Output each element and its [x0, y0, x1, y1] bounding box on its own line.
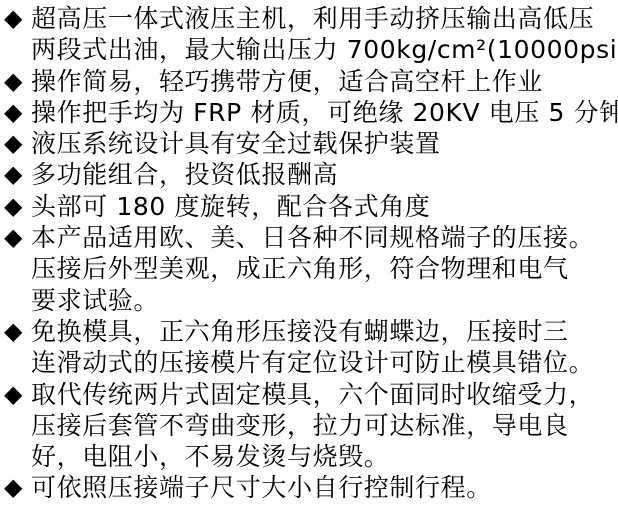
feature-item-easy-operation: ◆ 操作简易，轻巧携带方便，适合高空杆上作业 — [4, 66, 616, 97]
feature-text-line: 本产品适用欧、美、日各种不同规格端子的压接。 — [31, 222, 616, 253]
feature-text-line: 连滑动式的压接模片有定位设计可防止模具错位。 — [31, 347, 616, 378]
diamond-bullet-icon: ◆ — [4, 128, 31, 159]
feature-text-line: 操作把手均为 FRP 材质，可绝缘 20KV 电压 5 分钟 — [31, 97, 618, 128]
feature-text-line: 要求试验。 — [31, 285, 616, 316]
feature-text-line: 头部可 180 度旋转，配合各式角度 — [31, 191, 616, 222]
diamond-bullet-icon: ◆ — [4, 97, 31, 128]
feature-item-stroke-control: ◆ 可依照压接端子尺寸大小自行控制行程。 — [4, 472, 616, 503]
feature-text-line: 压接后套管不弯曲变形，拉力可达标准，导电良 — [31, 410, 616, 441]
diamond-bullet-icon: ◆ — [4, 472, 31, 503]
feature-item-insulated-handle: ◆ 操作把手均为 FRP 材质，可绝缘 20KV 电压 5 分钟 — [4, 97, 616, 128]
feature-text-line: 可依照压接端子尺寸大小自行控制行程。 — [31, 472, 616, 503]
feature-item-six-face-crimp: ◆ 取代传统两片式固定模具，六个面同时收缩受力， 压接后套管不弯曲变形，拉力可达… — [4, 379, 616, 473]
feature-item-overview: ◆ 超高压一体式液压主机，利用手动挤压输出高低压 两段式出油，最大输出压力 70… — [4, 3, 616, 66]
feature-text-line: 取代传统两片式固定模具，六个面同时收缩受力， — [31, 379, 616, 410]
diamond-bullet-icon: ◆ — [4, 66, 31, 97]
feature-item-compatibility: ◆ 本产品适用欧、美、日各种不同规格端子的压接。 压接后外型美观，成正六角形，符… — [4, 222, 616, 316]
feature-text-line: 多功能组合，投资低报酬高 — [31, 159, 616, 190]
feature-text-line: 操作简易，轻巧携带方便，适合高空杆上作业 — [31, 66, 616, 97]
feature-item-overload-protection: ◆ 液压系统设计具有安全过载保护装置 — [4, 128, 616, 159]
diamond-bullet-icon: ◆ — [4, 3, 31, 34]
diamond-bullet-icon: ◆ — [4, 191, 31, 222]
feature-text-line: 两段式出油，最大输出压力 700kg/cm²(10000psi) — [31, 34, 618, 65]
feature-text-line: 超高压一体式液压主机，利用手动挤压输出高低压 — [31, 3, 618, 34]
diamond-bullet-icon: ◆ — [4, 316, 31, 347]
diamond-bullet-icon: ◆ — [4, 159, 31, 190]
diamond-bullet-icon: ◆ — [4, 379, 31, 410]
feature-text-line: 压接后外型美观，成正六角形，符合物理和电气 — [31, 253, 616, 284]
feature-text-line: 液压系统设计具有安全过载保护装置 — [31, 128, 616, 159]
feature-text-line: 免换模具，正六角形压接没有蝴蝶边，压接时三 — [31, 316, 616, 347]
diamond-bullet-icon: ◆ — [4, 222, 31, 253]
feature-item-multifunction: ◆ 多功能组合，投资低报酬高 — [4, 159, 616, 190]
feature-text-line: 好，电阻小，不易发烫与烧毁。 — [31, 441, 616, 472]
feature-list: ◆ 超高压一体式液压主机，利用手动挤压输出高低压 两段式出油，最大输出压力 70… — [4, 3, 616, 504]
feature-item-rotating-head: ◆ 头部可 180 度旋转，配合各式角度 — [4, 191, 616, 222]
feature-item-no-die-change: ◆ 免换模具，正六角形压接没有蝴蝶边，压接时三 连滑动式的压接模片有定位设计可防… — [4, 316, 616, 379]
